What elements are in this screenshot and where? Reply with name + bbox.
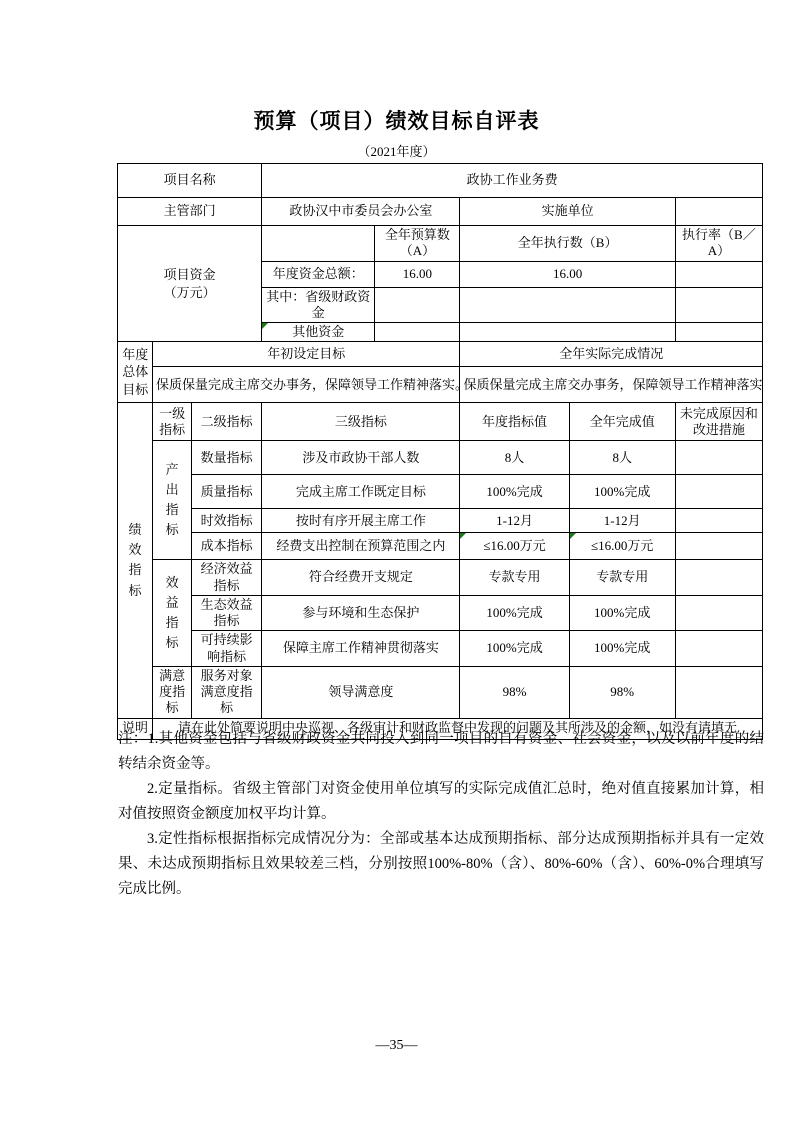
excel-error-marker-icon: [262, 323, 268, 329]
indicator-l2: 成本指标: [192, 533, 262, 560]
funds-col-budget: 全年预算数（A）: [375, 226, 460, 262]
indicator-l3: 保障主席工作精神贯彻落实: [262, 631, 460, 667]
indicator-l3: 符合经费开支规定: [262, 560, 460, 596]
indicator-l2: 生态效益指标: [192, 595, 262, 631]
goal-col-set: 年初设定目标: [153, 342, 460, 367]
goal-actual-value: 保质保量完成主席交办事务，保障领导工作精神落实。: [460, 367, 763, 403]
indicator-target: 98%: [460, 666, 569, 718]
indicator-l2: 数量指标: [192, 441, 262, 475]
indicator-target: 100%完成: [460, 475, 569, 509]
indicator-target: 100%完成: [460, 595, 569, 631]
page-number: —35—: [0, 1038, 793, 1054]
col-l2-header: 二级指标: [192, 403, 262, 441]
col-l1-header: 一级指标: [153, 403, 192, 441]
indicator-target: 8人: [460, 441, 569, 475]
indicator-l2: 质量指标: [192, 475, 262, 509]
indicators-label: 绩效指标: [118, 403, 153, 718]
indicator-l2: 服务对象满意度指标: [192, 666, 262, 718]
indicator-target: ≤16.00万元: [460, 533, 569, 560]
indicator-reason: [675, 533, 762, 560]
indicator-l3: 涉及市政协干部人数: [262, 441, 460, 475]
indicator-reason: [675, 475, 762, 509]
group-benefit-label: 效益指标: [153, 560, 192, 667]
funds-label: 项目资金（万元）: [118, 226, 262, 342]
funds-col-rate: 执行率（B／A）: [675, 226, 762, 262]
funds-col-exec: 全年执行数（B）: [460, 226, 675, 262]
indicator-done: ≤16.00万元: [569, 533, 675, 560]
footnote-1: 注：1.其他资金包括与省级财政资金共同投入到同一项目的自有资金、社会资金，以及以…: [118, 727, 764, 777]
funds-other-rate: [675, 323, 762, 342]
funds-other-exec: [460, 323, 675, 342]
funds-other-label: 其他资金: [262, 323, 375, 342]
indicator-l3: 领导满意度: [262, 666, 460, 718]
funds-total-exec: 16.00: [460, 261, 675, 287]
indicator-done: 8人: [569, 441, 675, 475]
indicator-target: 1-12月: [460, 509, 569, 533]
indicator-l2: 时效指标: [192, 509, 262, 533]
col-done-header: 全年完成值: [569, 403, 675, 441]
funds-total-budget: 16.00: [375, 261, 460, 287]
indicator-done: 100%完成: [569, 595, 675, 631]
funds-provincial-label: 其中：省级财政资金: [262, 287, 375, 323]
page-subtitle: （2021年度）: [0, 141, 793, 160]
indicator-reason: [675, 509, 762, 533]
annual-goal-label: 年度总体目标: [118, 342, 153, 403]
dept-value: 政协汉中市委员会办公室: [262, 198, 460, 226]
indicator-reason: [675, 666, 762, 718]
funds-total-label: 年度资金总额：: [262, 261, 375, 287]
indicator-target: 100%完成: [460, 631, 569, 667]
indicator-l3: 按时有序开展主席工作: [262, 509, 460, 533]
col-l3-header: 三级指标: [262, 403, 460, 441]
document-page: 预算（项目）绩效目标自评表 （2021年度） 项目名称 政协工作业务费 主管部门…: [0, 0, 793, 1122]
group-output-label: 产出指标: [153, 441, 192, 560]
indicator-l3: 参与环境和生态保护: [262, 595, 460, 631]
col-target-header: 年度指标值: [460, 403, 569, 441]
footnotes: 注：1.其他资金包括与省级财政资金共同投入到同一项目的自有资金、社会资金，以及以…: [118, 727, 764, 902]
col-reason-header: 未完成原因和改进措施: [675, 403, 762, 441]
impl-unit-value: [675, 198, 762, 226]
project-name-value: 政协工作业务费: [262, 164, 763, 198]
excel-error-marker-icon: [570, 533, 576, 539]
impl-unit-label: 实施单位: [460, 198, 675, 226]
self-evaluation-table: 项目名称 政协工作业务费 主管部门 政协汉中市委员会办公室 实施单位 项目资金（…: [117, 163, 763, 740]
funds-other-budget: [375, 323, 460, 342]
excel-error-marker-icon: [460, 533, 466, 539]
indicator-reason: [675, 595, 762, 631]
indicator-reason: [675, 631, 762, 667]
page-title: 预算（项目）绩效目标自评表: [0, 105, 793, 135]
funds-provincial-exec: [460, 287, 675, 323]
indicator-l2: 经济效益指标: [192, 560, 262, 596]
indicator-target: 专款专用: [460, 560, 569, 596]
indicator-done: 1-12月: [569, 509, 675, 533]
dept-label: 主管部门: [118, 198, 262, 226]
footnote-3: 3.定性指标根据指标完成情况分为：全部或基本达成预期指标、部分达成预期指标并具有…: [118, 827, 764, 902]
goal-set-value: 保质保量完成主席交办事务，保障领导工作精神落实。: [153, 367, 460, 403]
goal-col-actual: 全年实际完成情况: [460, 342, 763, 367]
project-name-label: 项目名称: [118, 164, 262, 198]
group-satisfaction-label: 满意度指标: [153, 666, 192, 718]
indicator-done: 100%完成: [569, 475, 675, 509]
funds-provincial-budget: [375, 287, 460, 323]
indicator-done: 专款专用: [569, 560, 675, 596]
funds-provincial-rate: [675, 287, 762, 323]
indicator-done: 98%: [569, 666, 675, 718]
funds-empty-header: [262, 226, 375, 262]
indicator-reason: [675, 441, 762, 475]
indicator-l3: 完成主席工作既定目标: [262, 475, 460, 509]
indicator-done: 100%完成: [569, 631, 675, 667]
indicator-reason: [675, 560, 762, 596]
funds-total-rate: [675, 261, 762, 287]
indicator-l3: 经费支出控制在预算范围之内: [262, 533, 460, 560]
indicator-l2: 可持续影响指标: [192, 631, 262, 667]
footnote-2: 2.定量指标。省级主管部门对资金使用单位填写的实际完成值汇总时，绝对值直接累加计…: [118, 777, 764, 827]
